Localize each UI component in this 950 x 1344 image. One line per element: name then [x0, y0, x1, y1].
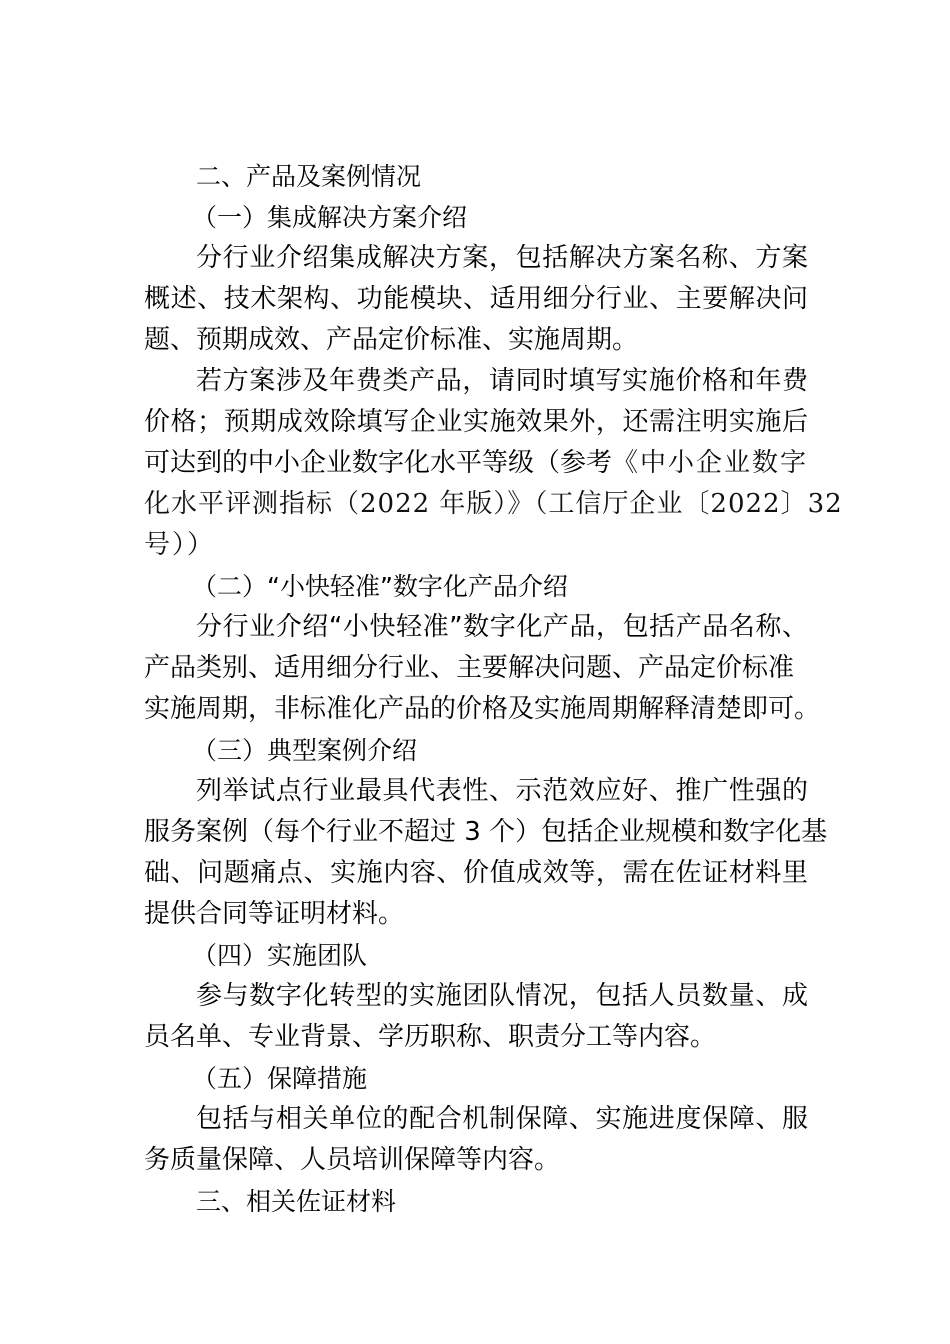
document-page: 二、产品及案例情况 （一）集成解决方案介绍 分行业介绍集成解决方案，包括解决方案…	[144, 156, 808, 1222]
paragraph-line-with-reference: 可达到的中小企业数字化水平等级（参考《中小企业数字	[144, 443, 808, 484]
paragraph-line: 提供合同等证明材料。	[144, 894, 808, 935]
paragraph-line: 础、问题痛点、实施内容、价值成效等，需在佐证材料里	[144, 853, 808, 894]
paragraph-line: 分行业介绍集成解决方案，包括解决方案名称、方案	[144, 238, 808, 279]
paragraph-line: 产品类别、适用细分行业、主要解决问题、产品定价标准	[144, 648, 808, 689]
paragraph-line: 务质量保障、人员培训保障等内容。	[144, 1140, 808, 1181]
paragraph-line: 价格；预期成效除填写企业实施效果外，还需注明实施后	[144, 402, 808, 443]
paragraph-line: 概述、技术架构、功能模块、适用细分行业、主要解决问	[144, 279, 808, 320]
subheading-integrated-solutions: （一）集成解决方案介绍	[144, 197, 808, 238]
paragraph-text: 可达到的中小企业数字化水平等级（参考	[144, 448, 612, 478]
reference-citation: 化水平评测指标（2022 年版）》（工信厅企业〔2022〕32	[144, 484, 808, 525]
paragraph-line: 实施周期，非标准化产品的价格及实施周期解释清楚即可。	[144, 689, 808, 730]
paragraph-line: 列举试点行业最具代表性、示范效应好、推广性强的	[144, 771, 808, 812]
paragraph-line: 参与数字化转型的实施团队情况，包括人员数量、成	[144, 976, 808, 1017]
paragraph-line: 分行业介绍“小快轻准”数字化产品，包括产品名称、	[144, 607, 808, 648]
section-heading-products-cases: 二、产品及案例情况	[144, 156, 808, 197]
paragraph-line: 员名单、专业背景、学历职称、职责分工等内容。	[144, 1017, 808, 1058]
paragraph-line: 若方案涉及年费类产品，请同时填写实施价格和年费	[144, 361, 808, 402]
paragraph-line: 题、预期成效、产品定价标准、实施周期。	[144, 320, 808, 361]
section-heading-supporting-materials: 三、相关佐证材料	[144, 1181, 808, 1222]
reference-citation: 号））	[144, 525, 808, 566]
paragraph-line: 服务案例（每个行业不超过 3 个）包括企业规模和数字化基	[144, 812, 808, 853]
subheading-safeguard-measures: （五）保障措施	[144, 1058, 808, 1099]
paragraph-line: 包括与相关单位的配合机制保障、实施进度保障、服	[144, 1099, 808, 1140]
subheading-digital-products: （二）“小快轻准”数字化产品介绍	[144, 566, 808, 607]
subheading-typical-cases: （三）典型案例介绍	[144, 730, 808, 771]
subheading-implementation-team: （四）实施团队	[144, 935, 808, 976]
reference-citation: 《中小企业数字	[612, 448, 808, 478]
